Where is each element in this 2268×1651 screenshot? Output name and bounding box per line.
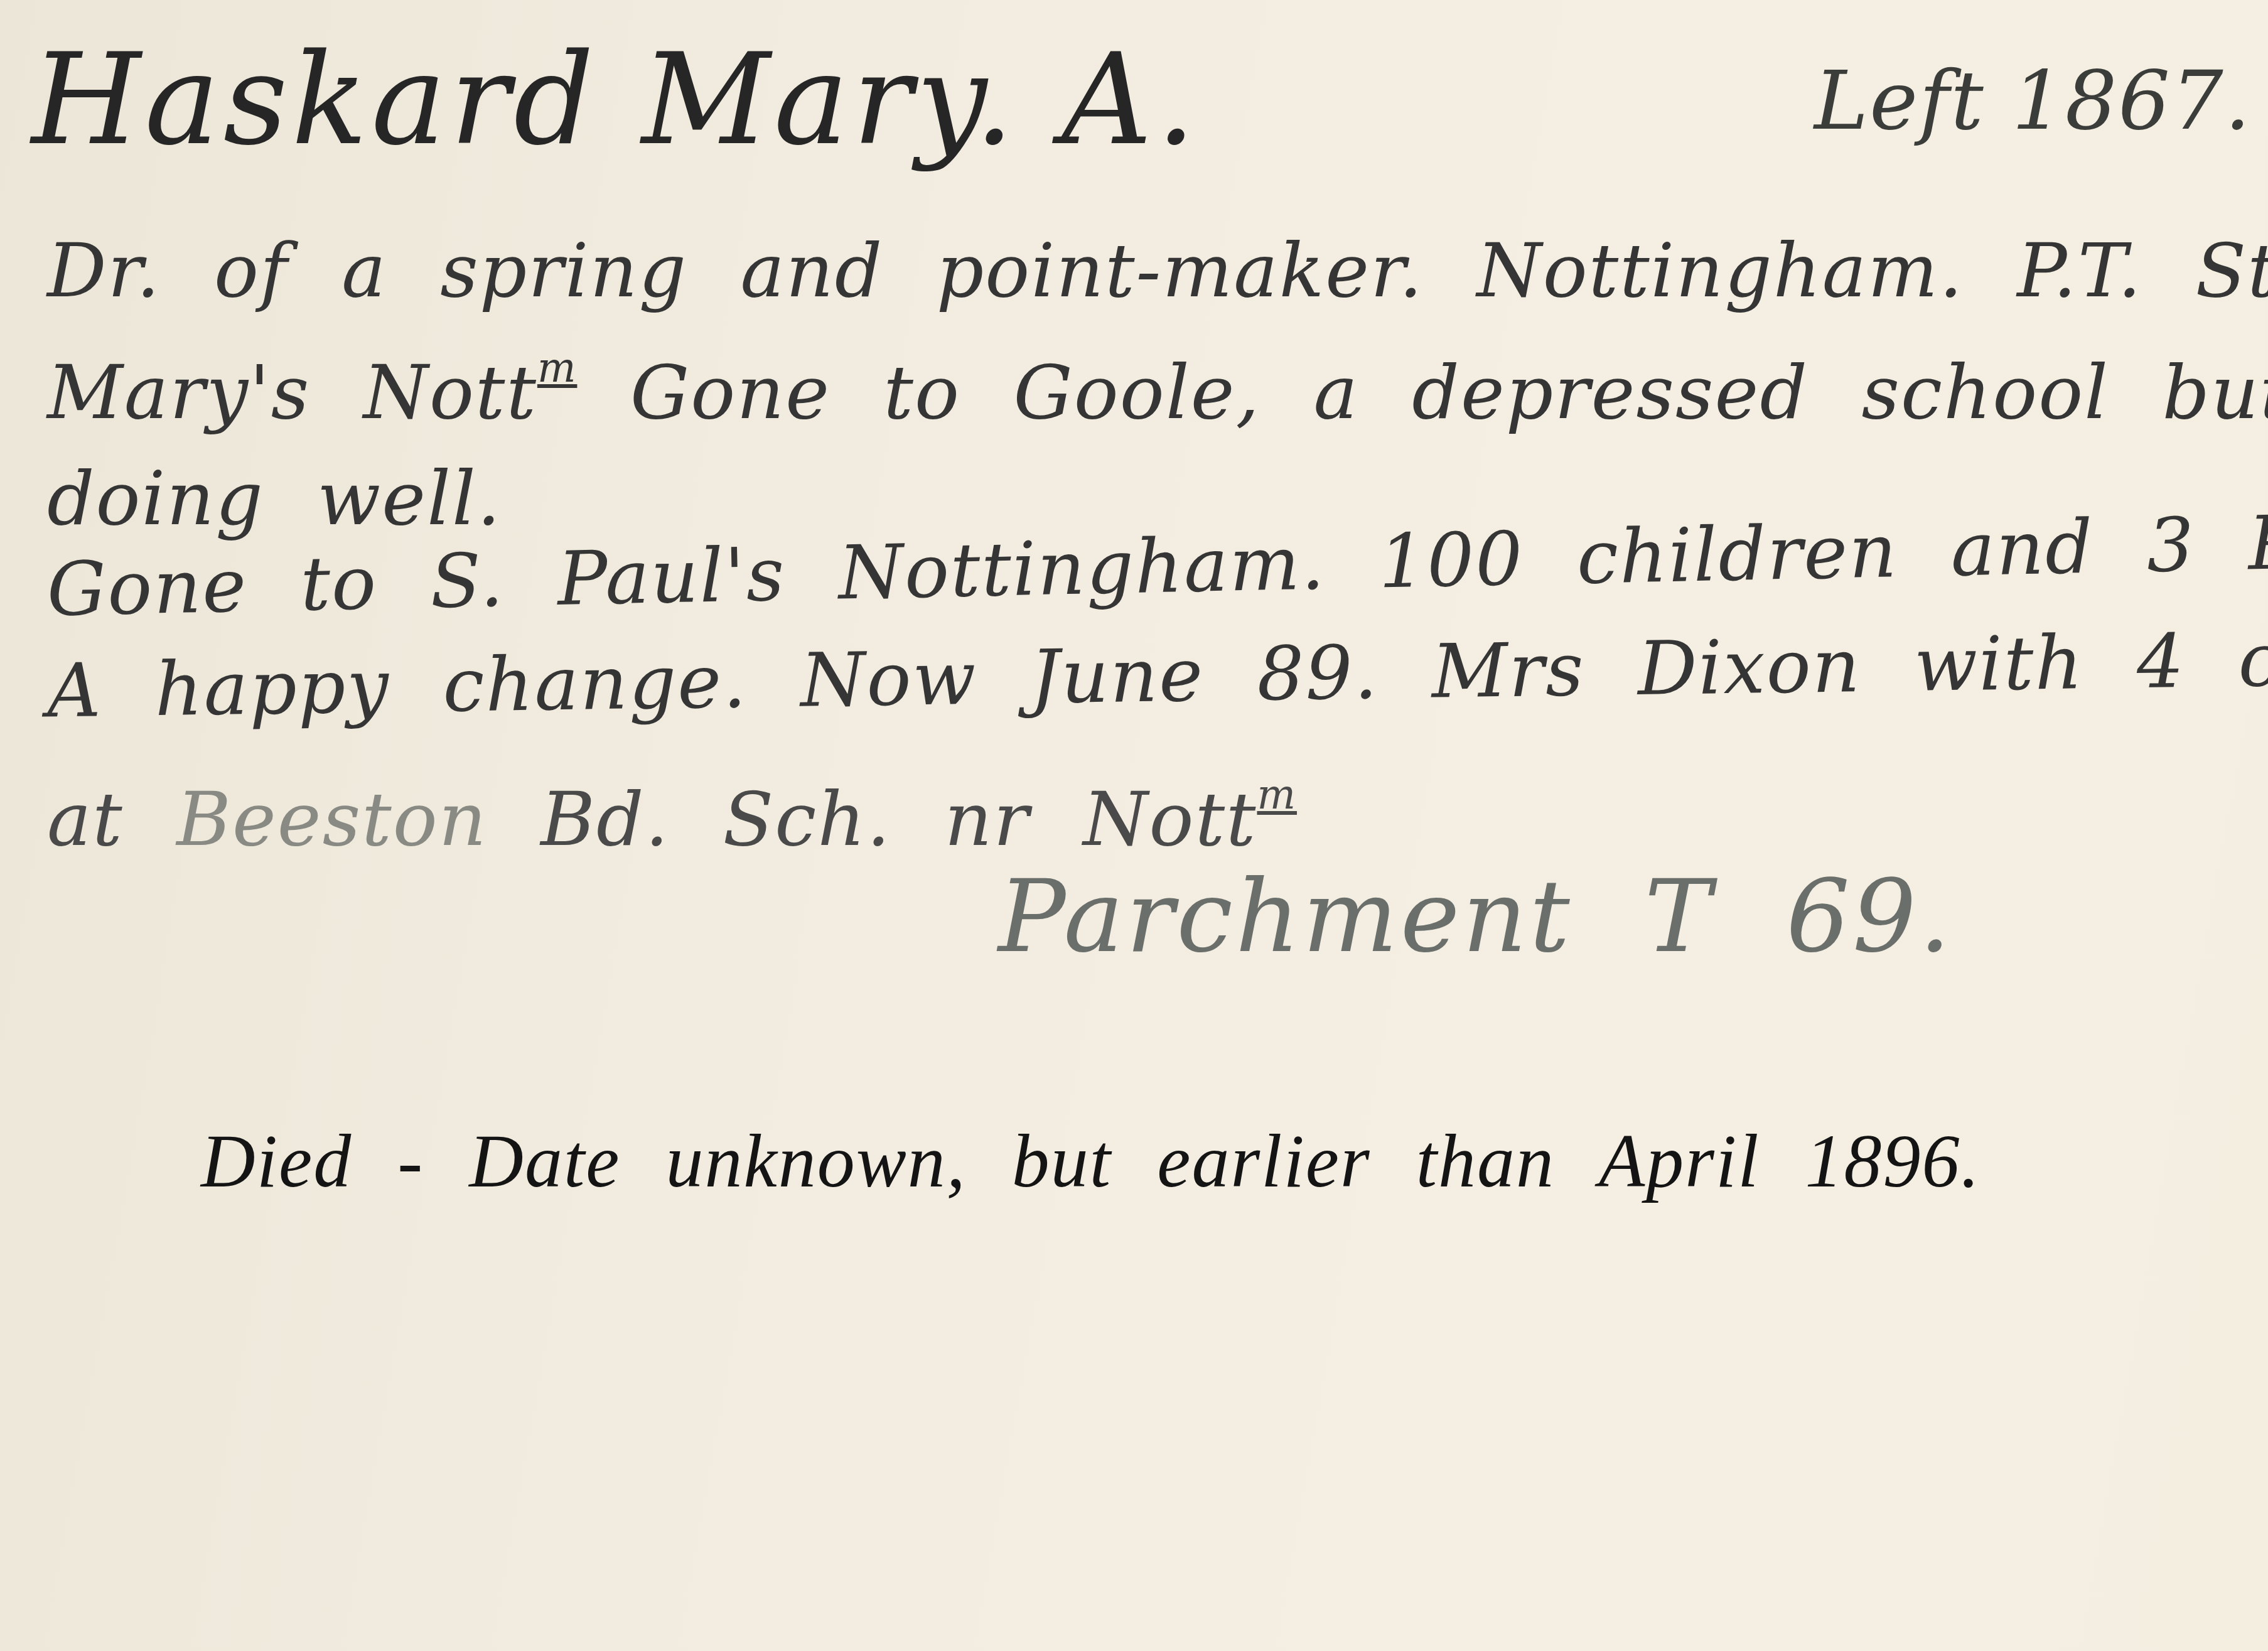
abbr-superscript: m: [1257, 772, 1297, 819]
body-line-1: Dr. of a spring and point-maker. Notting…: [47, 234, 2268, 308]
body-line-2: Mary's Nottm Gone to Goole, a depressed …: [47, 348, 2268, 429]
parchment-certificate-note: Parchment T 69.: [998, 866, 1954, 967]
body-line-3: doing well.: [47, 461, 502, 535]
abbr-superscript: m: [537, 345, 578, 392]
document-page: Haskard Mary. A. Left 1867. Dr. of a spr…: [0, 0, 2268, 1651]
entry-name-heading: Haskard Mary. A.: [31, 38, 1200, 163]
body-line-6: at Beeston Bd. Sch. nr Nottm: [47, 775, 1297, 856]
line-6-prefix: at: [47, 776, 124, 863]
line-6-rest: Bd. Sch. nr Nott: [540, 776, 1257, 863]
line-2-start: Mary's Nott: [47, 349, 537, 436]
line-5-start: A happy change. Now June 89. Mrs Dixon w…: [46, 616, 2268, 734]
body-line-5: A happy change. Now June 89. Mrs Dixon w…: [46, 615, 2268, 728]
line-2-end: Gone to Goole, a depressed school but th…: [630, 349, 2268, 436]
faint-word-beeston: Beeston: [176, 776, 487, 863]
left-date-note: Left 1867.: [1814, 60, 2252, 141]
death-note: Died - Date unknown, but earlier than Ap…: [201, 1124, 1981, 1199]
